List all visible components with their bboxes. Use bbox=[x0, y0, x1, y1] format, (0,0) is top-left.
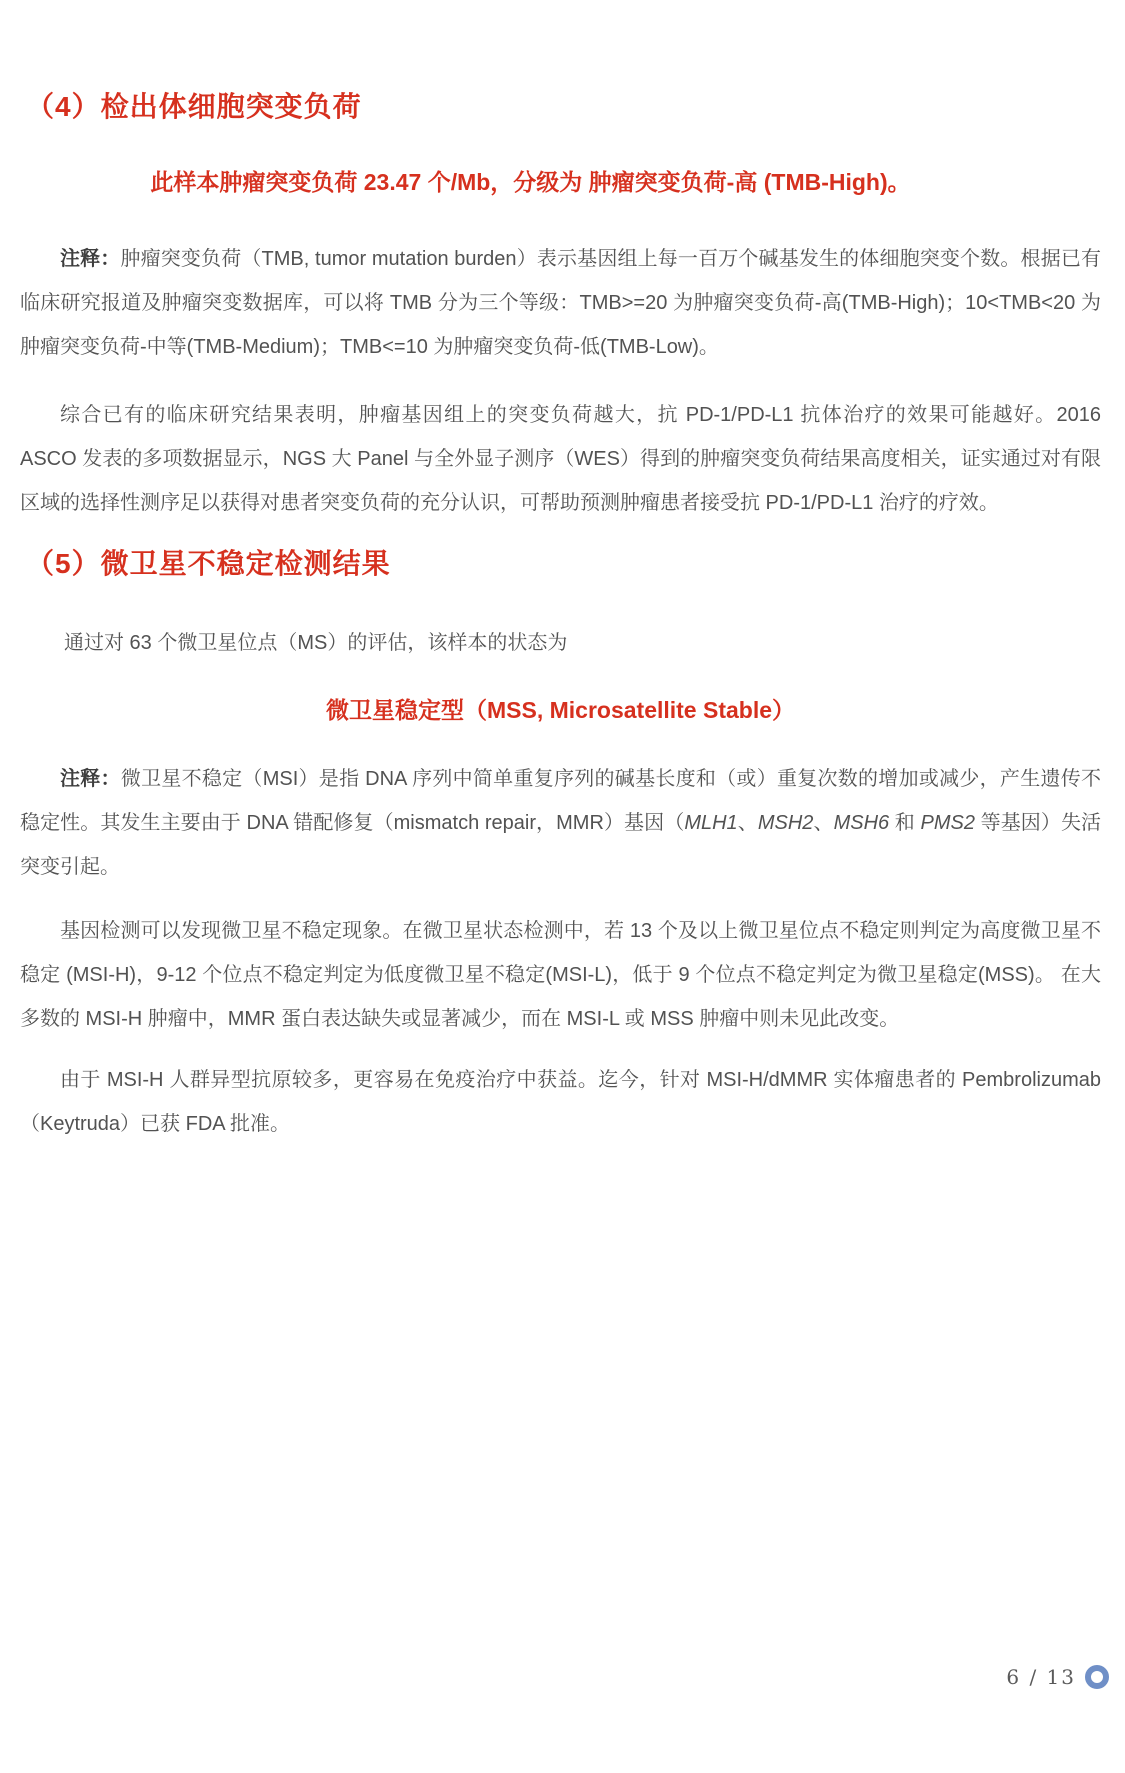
tmb-result-highlight: 此样本肿瘤突变负荷 23.47 个/Mb，分级为 肿瘤突变负荷-高 (TMB-H… bbox=[20, 168, 1101, 198]
gene-msh6: MSH6 bbox=[834, 812, 890, 834]
report-page: （4）检出体细胞突变负荷 此样本肿瘤突变负荷 23.47 个/Mb，分级为 肿瘤… bbox=[0, 0, 1125, 1146]
section-5-heading: （5）微卫星不稳定检测结果 bbox=[26, 547, 1101, 581]
note-label: 注释： bbox=[60, 768, 121, 790]
gene-mlh1: MLH1 bbox=[684, 812, 737, 834]
msi-note-sep-1: 、 bbox=[738, 812, 758, 834]
note-label: 注释： bbox=[60, 248, 120, 270]
msi-note-paragraph: 注释：微卫星不稳定（MSI）是指 DNA 序列中简单重复序列的碱基长度和（或）重… bbox=[20, 757, 1101, 889]
tmb-note-text: 肿瘤突变负荷（TMB, tumor mutation burden）表示基因组上… bbox=[20, 248, 1101, 358]
tmb-clinical-paragraph: 综合已有的临床研究结果表明，肿瘤基因组上的突变负荷越大，抗 PD-1/PD-L1… bbox=[20, 393, 1101, 525]
mss-result-highlight: 微卫星稳定型（MSS, Microsatellite Stable） bbox=[20, 696, 1101, 726]
msi-note-conj: 和 bbox=[889, 812, 920, 834]
ring-icon bbox=[1085, 1665, 1109, 1689]
gene-pms2: PMS2 bbox=[921, 812, 975, 834]
msi-benefit-paragraph: 由于 MSI-H 人群异型抗原较多，更容易在免疫治疗中获益。迄今，针对 MSI-… bbox=[20, 1058, 1101, 1146]
section-4-heading: （4）检出体细胞突变负荷 bbox=[26, 90, 1101, 124]
tmb-note-paragraph: 注释：肿瘤突变负荷（TMB, tumor mutation burden）表示基… bbox=[20, 237, 1101, 369]
msi-note-sep-2: 、 bbox=[813, 812, 833, 834]
msi-intro-line: 通过对 63 个微卫星位点（MS）的评估，该样本的状态为 bbox=[20, 621, 1101, 665]
gene-msh2: MSH2 bbox=[758, 812, 814, 834]
page-footer: 6 / 13 bbox=[1006, 1665, 1109, 1689]
page-number: 6 / 13 bbox=[1006, 1665, 1076, 1689]
msi-detection-paragraph: 基因检测可以发现微卫星不稳定现象。在微卫星状态检测中，若 13 个及以上微卫星位… bbox=[20, 909, 1101, 1041]
